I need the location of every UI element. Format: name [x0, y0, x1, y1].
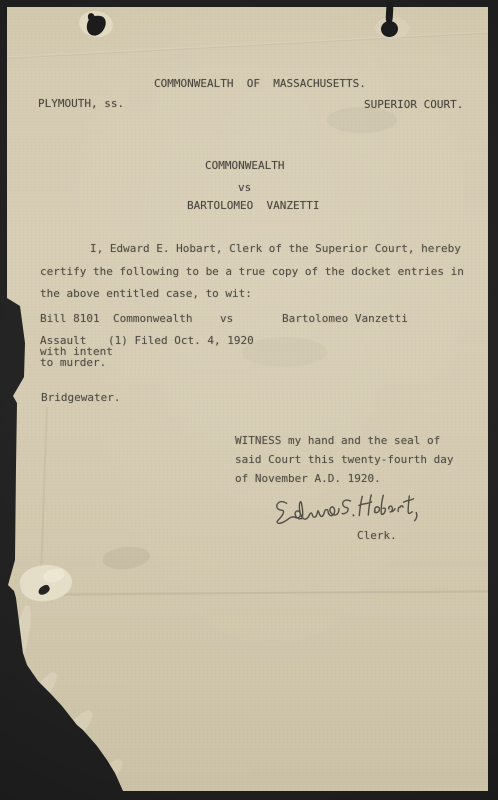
doc-docket-charge-line3: to murder.: [40, 357, 106, 369]
chip-bottom-left: [18, 562, 75, 605]
photographed-document-stage: COMMONWEALTH OF MASSACHUSETTS. PLYMOUTH,…: [0, 0, 498, 800]
signature-stroke-middle-initial: [341, 500, 353, 517]
doc-caption-versus: vs: [238, 182, 251, 194]
doc-caption-defendant: BARTOLOMEO VANZETTI: [187, 200, 319, 212]
tear-fringe-1: [12, 604, 34, 661]
doc-header-jurisdiction: COMMONWEALTH OF MASSACHUSETTS.: [154, 78, 366, 90]
doc-docket-bill-number: Bill 8101: [40, 313, 100, 325]
doc-certification-line3: the above entitled case, to wit:: [40, 288, 252, 300]
doc-attestation-line2: said Court this twenty-fourth day: [235, 454, 454, 466]
chip-bottom-left-bright: [42, 566, 67, 584]
doc-header-court: SUPERIOR COURT.: [364, 99, 463, 111]
tear-fringe-3: [49, 706, 97, 759]
doc-docket-party2: Bartolomeo Vanzetti: [282, 313, 408, 325]
doc-caption-plaintiff: COMMONWEALTH: [205, 160, 284, 172]
signature-stroke-edward: [276, 499, 339, 524]
doc-header-county: PLYMOUTH, ss.: [38, 98, 124, 110]
doc-docket-entry1: (1) Filed Oct. 4, 1920: [108, 335, 254, 347]
doc-docket-party1: Commonwealth: [113, 313, 192, 325]
doc-certification-line1: I, Edward E. Hobart, Clerk of the Superi…: [90, 243, 461, 255]
doc-attestation-line3: of November A.D. 1920.: [235, 473, 381, 485]
doc-certification-line2: certify the following to be a true copy …: [40, 266, 464, 278]
crease-bottom: [37, 590, 488, 595]
doc-docket-location: Bridgewater.: [41, 392, 120, 404]
tear-fringe-4: [88, 756, 127, 797]
crease-left-vertical: [40, 407, 47, 572]
doc-docket-versus: vs: [220, 313, 233, 325]
doc-attestation-line1: WITNESS my hand and the seal of: [235, 435, 440, 447]
stain-smudge: [101, 545, 151, 572]
tear-fringe-2: [23, 669, 61, 715]
signature-stroke-hobart: [358, 493, 417, 524]
crease-top: [1, 31, 498, 59]
document-paper-sheet: COMMONWEALTH OF MASSACHUSETTS. PLYMOUTH,…: [7, 7, 488, 791]
clerk-signature: [272, 487, 429, 533]
stain-faint-mid: [242, 337, 327, 367]
doc-signer-title: Clerk.: [357, 530, 397, 542]
